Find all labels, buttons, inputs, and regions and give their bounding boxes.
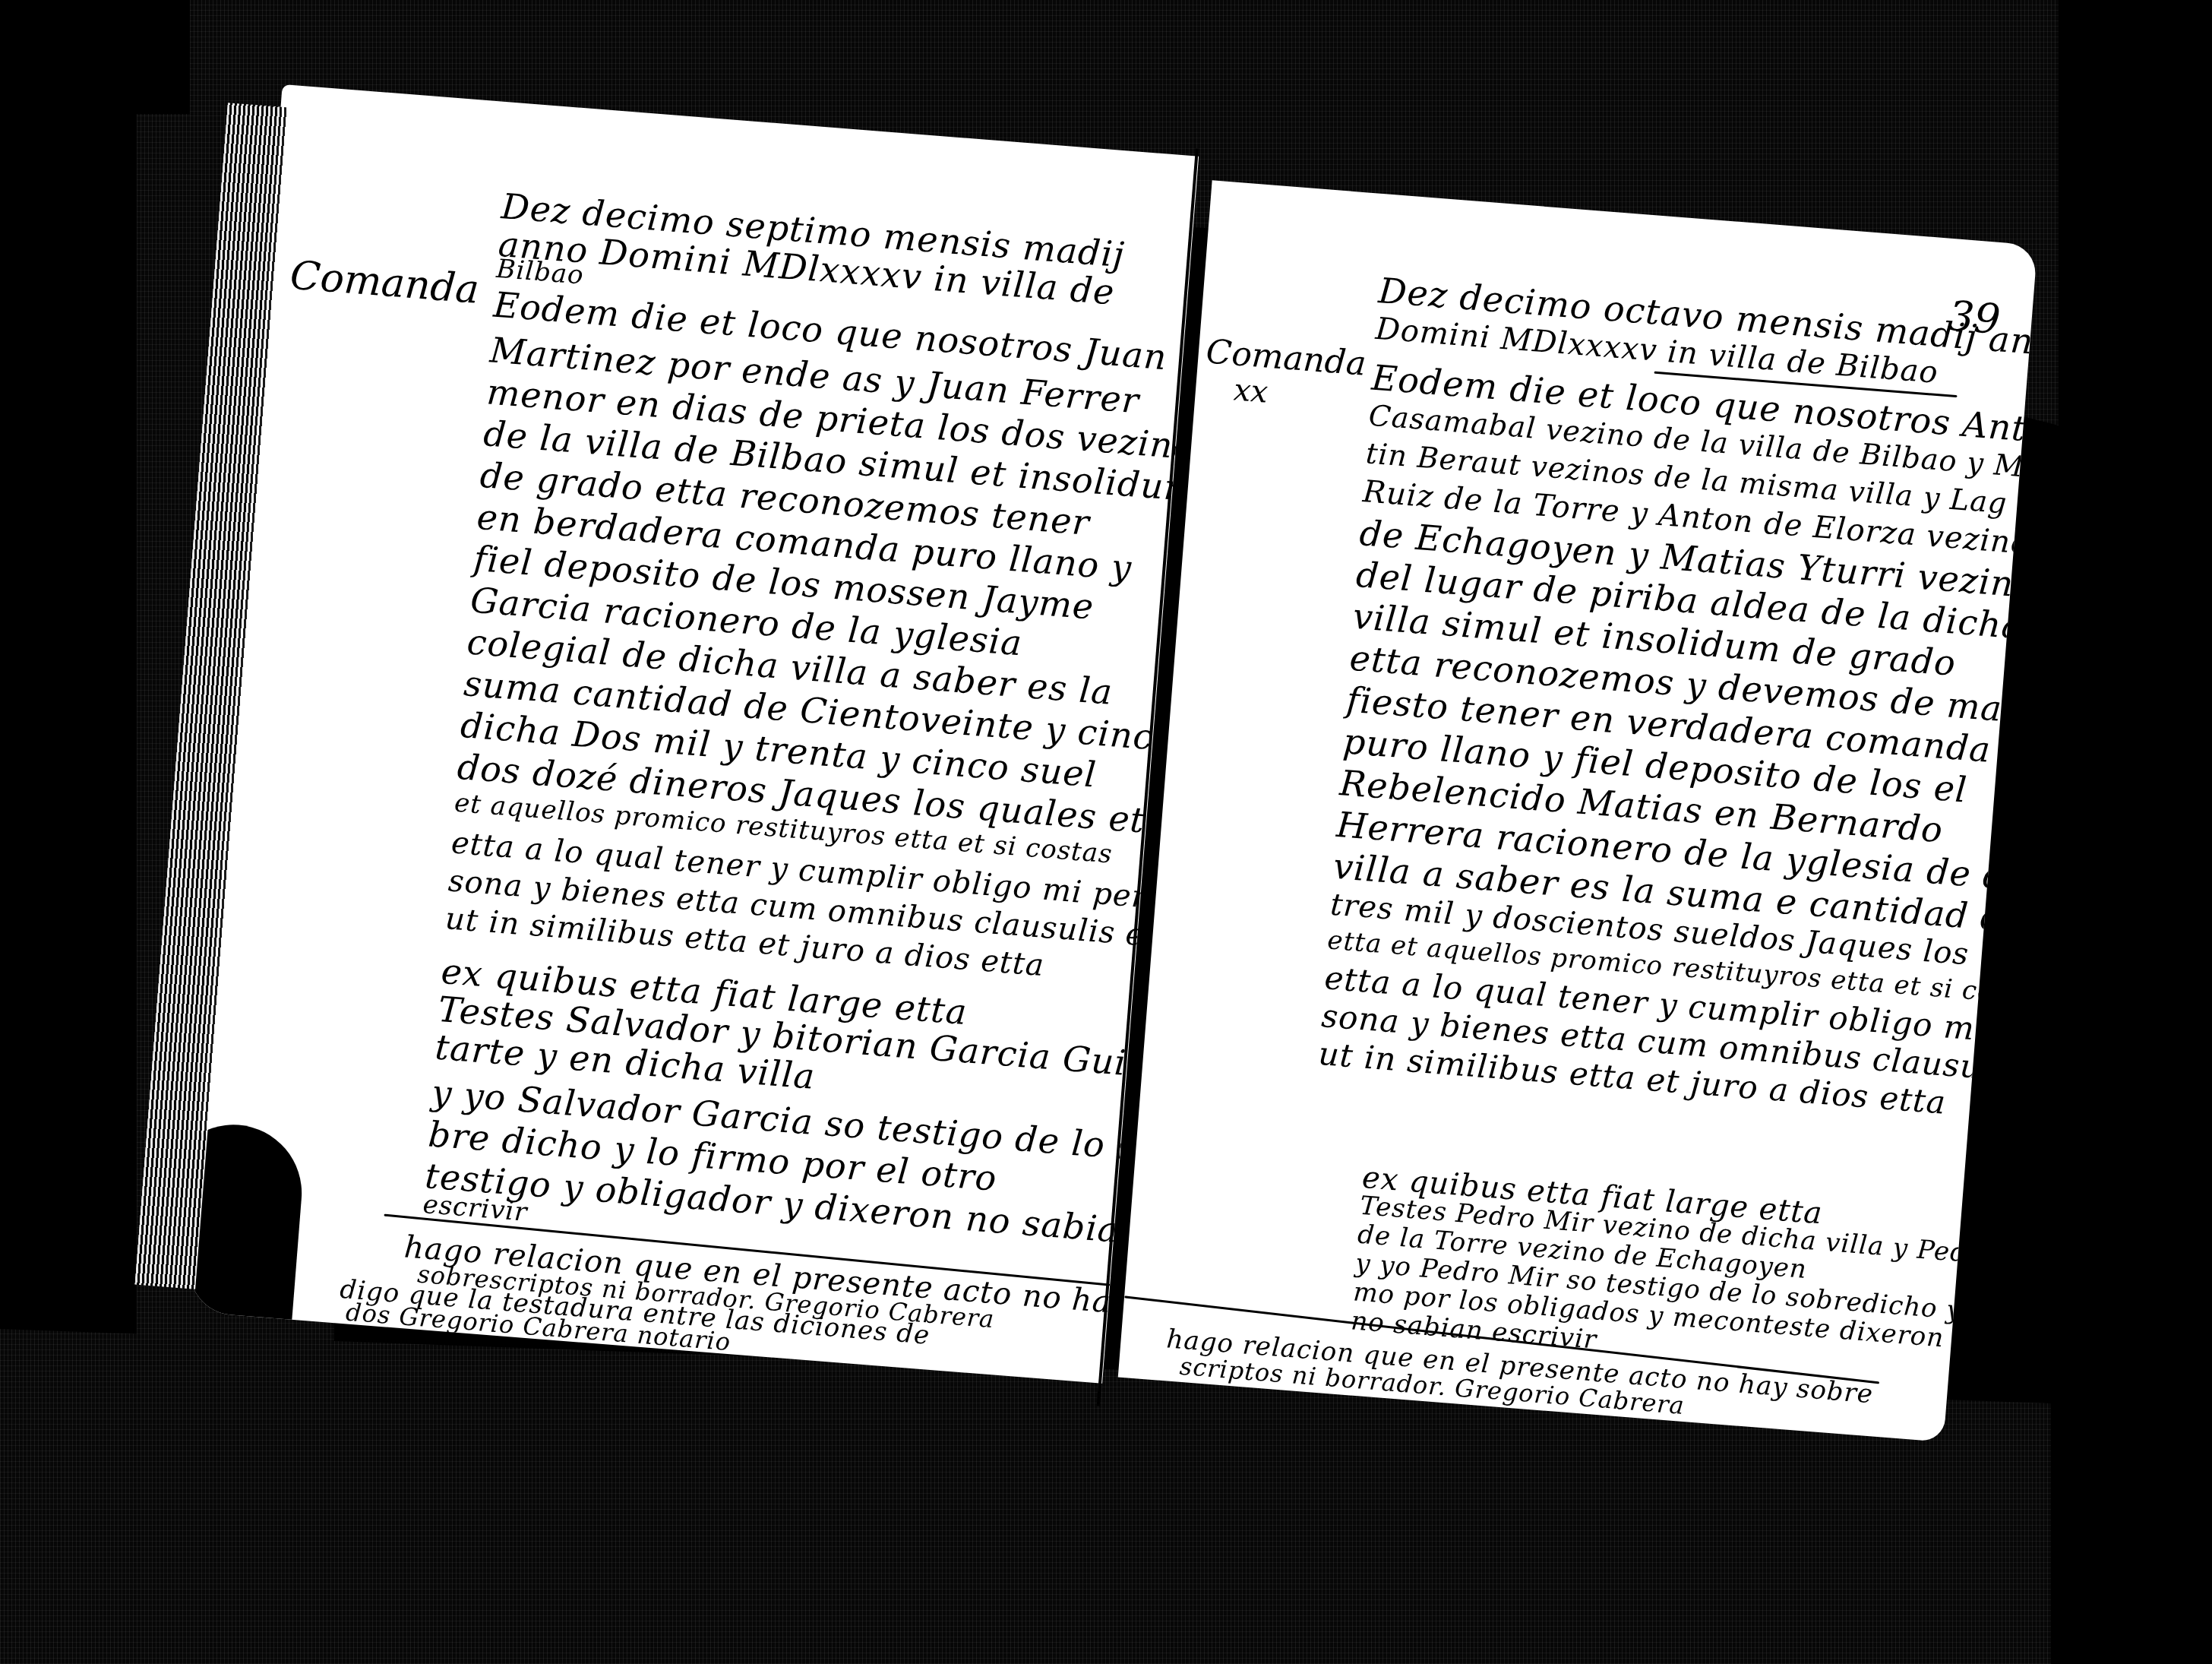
right-margin-note-sub: xx [1232,372,1269,410]
right-margin-note: Comanda [1205,332,1367,383]
right-page: 39 Comanda xx Dez decimo octavo mensis m… [1118,180,2038,1442]
open-book: Comanda Dez decimo septimo mensis madij … [179,77,2056,1549]
left-margin-note: Comanda [289,253,481,313]
left-page: Comanda Dez decimo septimo mensis madij … [186,84,1199,1384]
